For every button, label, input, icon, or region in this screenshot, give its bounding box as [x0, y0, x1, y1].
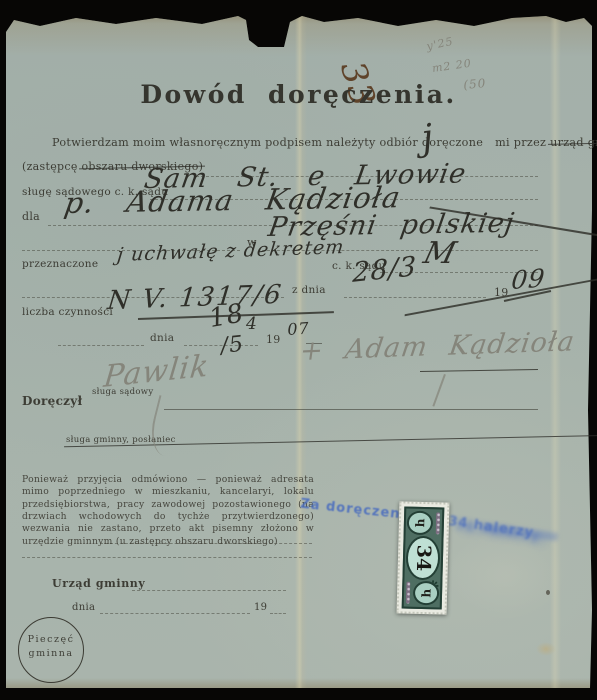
handwriting-date: 28/3 [352, 251, 417, 289]
signature-line [164, 409, 538, 410]
handwriting-day-sub: /5 [219, 332, 245, 359]
handwriting-year-1: 09 [510, 263, 547, 295]
przeznaczone-label: przeznaczone [22, 258, 98, 270]
intro-text: Potwierdzam moim własnoręcznym podpisem … [52, 136, 483, 149]
intro-line: Potwierdzam moim własnoręcznym podpisem … [52, 136, 544, 149]
stamp-value: 34 [412, 544, 435, 571]
pencil-note-1: y'25 [425, 35, 454, 53]
handwriting-day: 18 [207, 298, 247, 334]
pencil-stroke [432, 374, 446, 407]
paragraph-blank-line [100, 543, 312, 544]
refusal-paragraph: Ponieważ przyjęcia odmówiono — ponieważ … [22, 474, 314, 548]
stamp-letter-oval-bottom: h [413, 581, 440, 606]
doreczyl-label: Doręczył [22, 394, 82, 408]
stamp-letter-top: h [413, 518, 427, 527]
dla-label: dla [22, 210, 40, 223]
stamp-ornament-bottom [406, 582, 411, 604]
dnia-label: dnia [150, 332, 174, 344]
z-dnia-label: z dnia [292, 284, 326, 296]
intro-mi-przez: mi przez [495, 136, 546, 149]
stamp-letter-bottom: h [419, 589, 433, 598]
handwriting-crossed-scribble: M [420, 236, 597, 271]
handwriting-document-kind: j uchwałę z dekretem [116, 236, 346, 266]
revenue-stamp: h 34 ❋ h [397, 501, 450, 614]
signature-descender-stroke [145, 395, 190, 459]
paragraph-bottom-line [22, 557, 312, 558]
intro-struck-urzad-gminny: urząd gminny [550, 136, 597, 149]
handwritten-j-suffix: j [420, 117, 436, 159]
year-prefix-1: 19 [494, 286, 509, 299]
stamp-middle-segment: 34 ❋ [404, 537, 441, 580]
blank-line [270, 613, 286, 614]
stamp-top-segment: h [406, 509, 443, 538]
blank-line [100, 613, 250, 614]
seal-placeholder-circle: Pieczęć gminna [18, 617, 84, 683]
stamp-letter-oval-top: h [407, 511, 434, 536]
deliverer-signature: Pawlik [102, 348, 211, 395]
signature-underline [420, 369, 538, 372]
stamp-bottom-segment: h [404, 579, 441, 608]
blank-line [132, 590, 286, 591]
handwriting-case-number: N V. 1317/6 [106, 280, 284, 316]
handwriting-case-sub: 4 [246, 314, 258, 334]
stamp-ornament-top [436, 512, 441, 534]
dnia2-label: dnia [72, 602, 95, 613]
zastepce-prefix: (zastępcę [22, 160, 78, 173]
recipient-signature: + Adam Kądzioła [298, 326, 577, 367]
revenue-stamp-design: h 34 ❋ h [402, 506, 445, 609]
year-prefix-2: 19 [266, 333, 281, 346]
page-title: Dowód doręczenia. [0, 80, 597, 109]
pencil-note-2: m2 20 [431, 57, 472, 75]
liczba-label: liczba czynności [22, 306, 113, 318]
blank-line [58, 345, 144, 346]
option-sluga-gminny: sługa gminny, posłaniec [66, 435, 597, 445]
urzad-gminny-label: Urząd gminny [52, 577, 145, 590]
stamp-value-oval: 34 [405, 536, 440, 581]
year-prefix-3: 19 [254, 602, 267, 613]
seal-line-1: Pieczęć [19, 633, 83, 647]
seal-line-2: gminna [19, 647, 83, 661]
blank-line [344, 297, 486, 298]
content-layer: 33 y'25 m2 20 (50 Dowód doręczenia. Potw… [0, 0, 597, 700]
